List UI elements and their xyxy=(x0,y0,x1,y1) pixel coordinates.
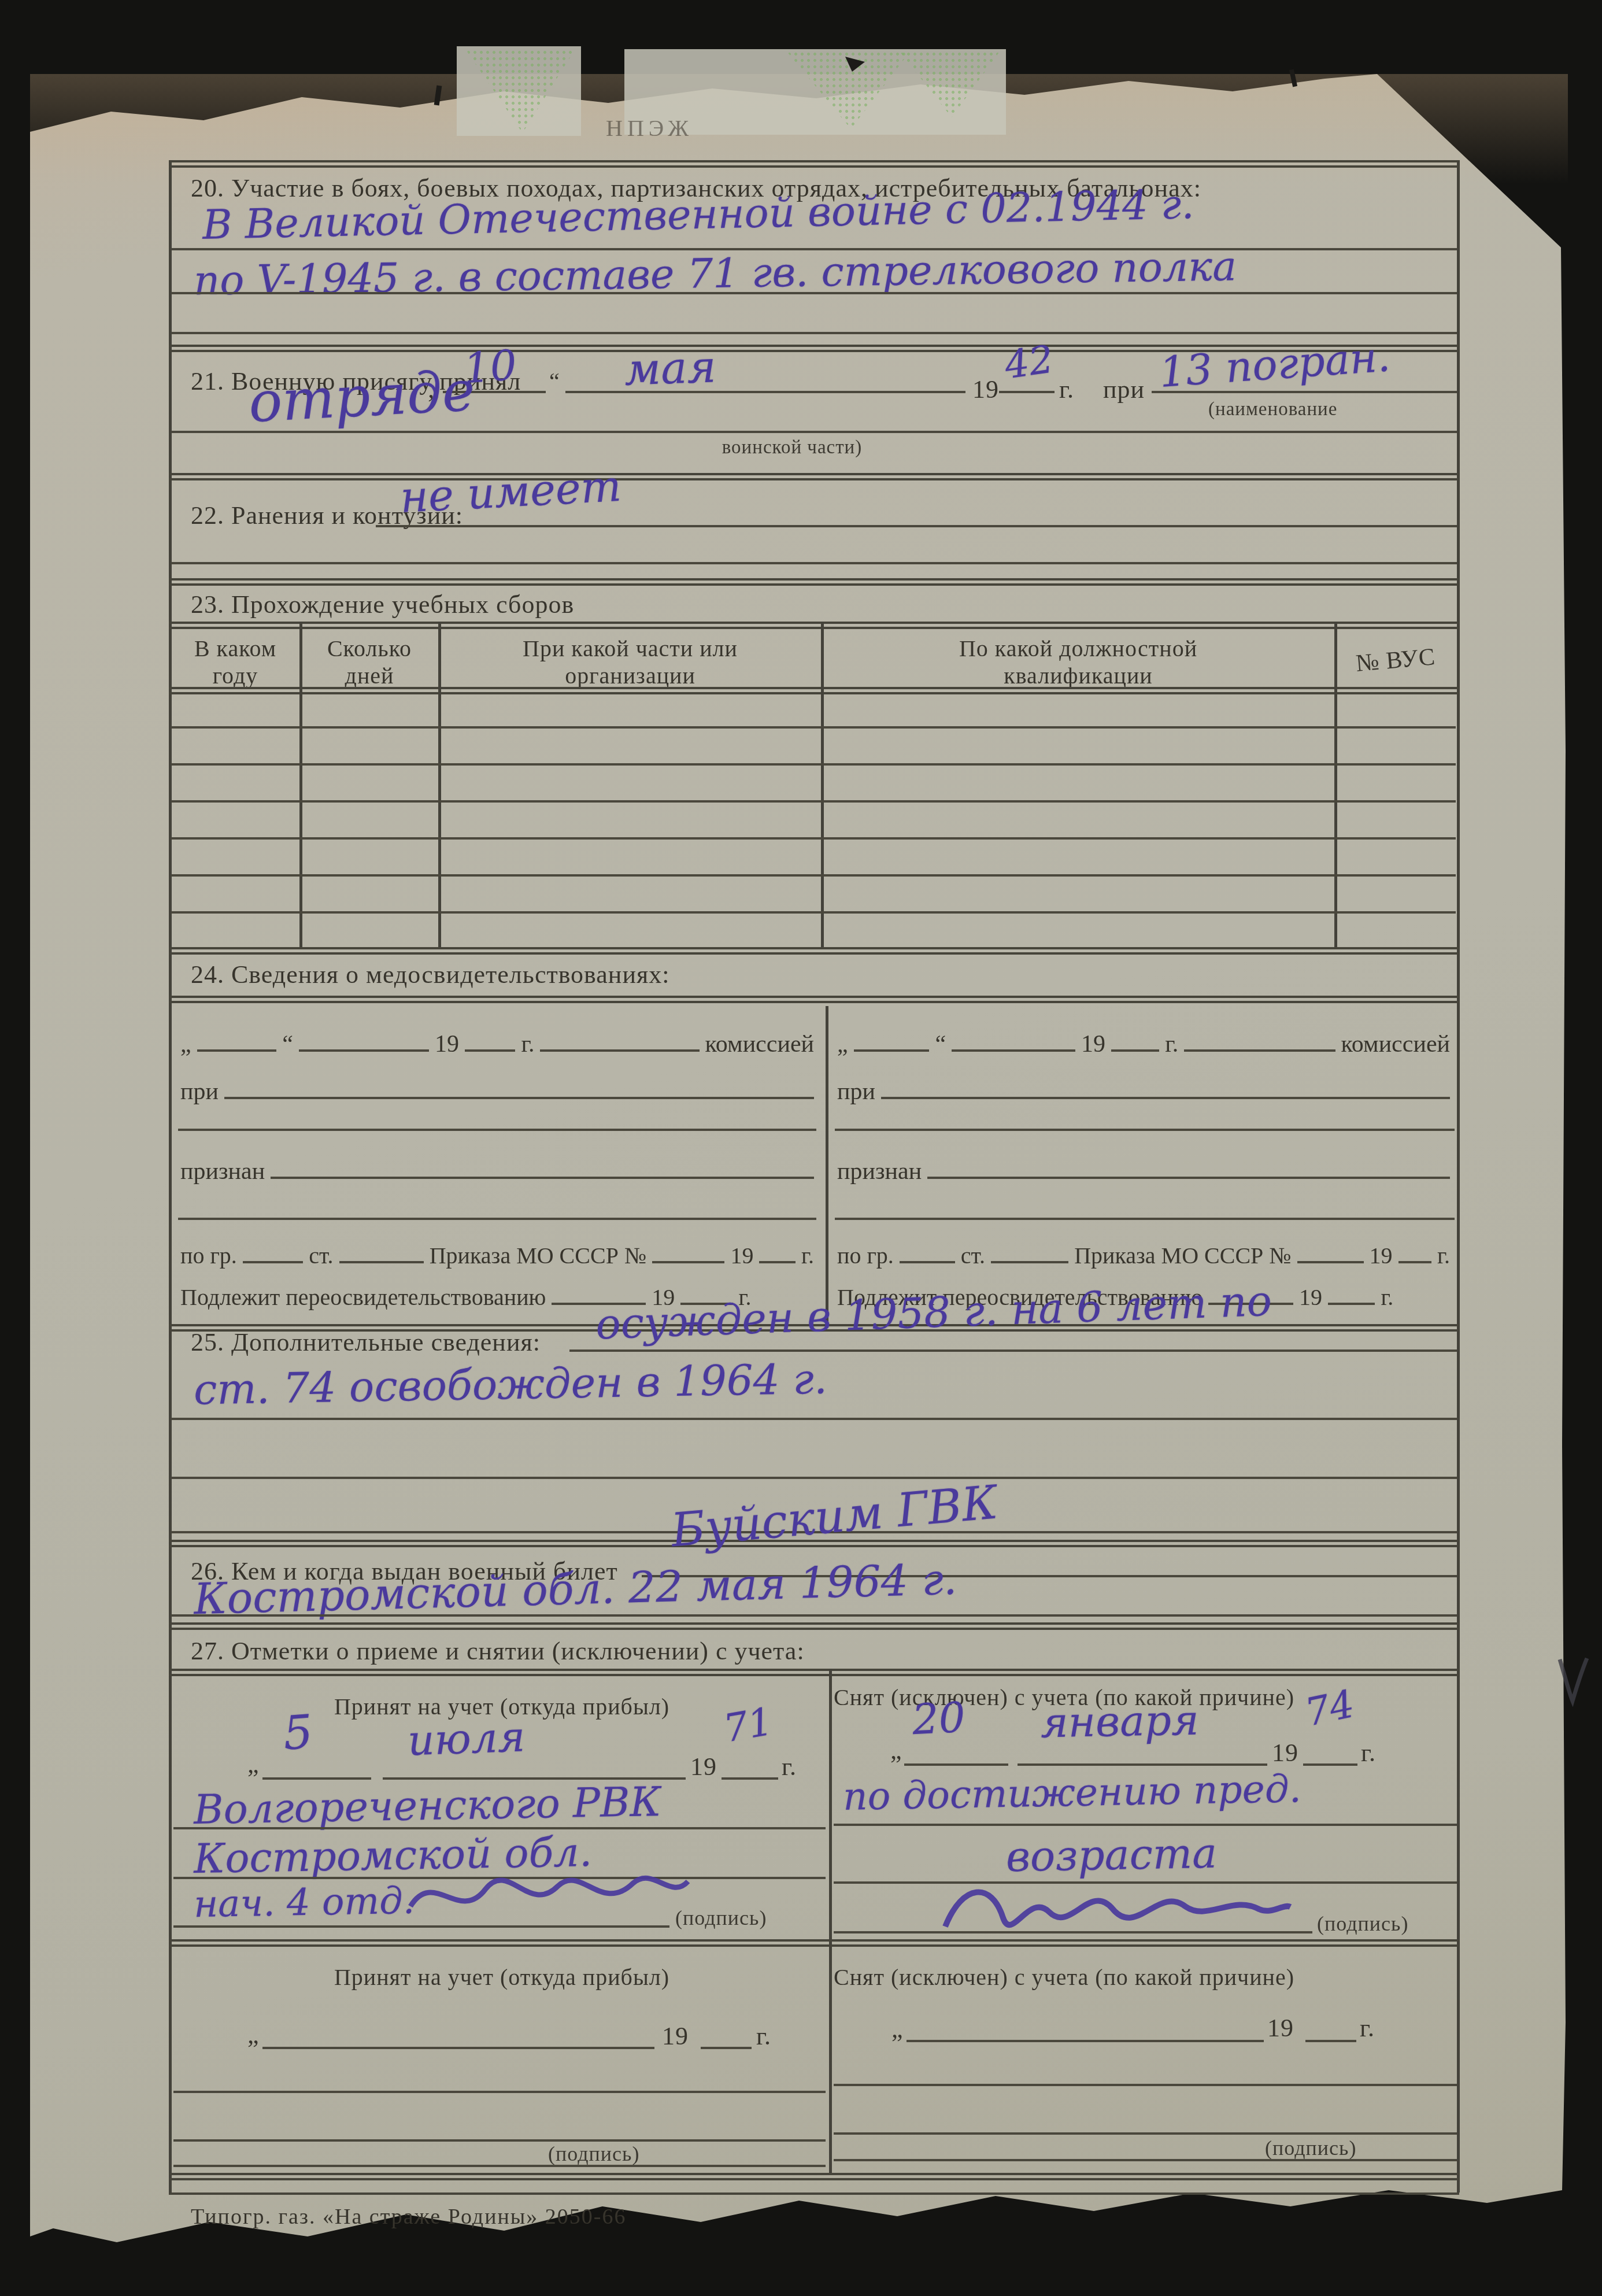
year-print: 19 xyxy=(662,2021,689,2051)
blank-rule xyxy=(197,1048,277,1052)
close-quote: “ xyxy=(549,368,560,395)
year-suffix: г. xyxy=(1165,1030,1178,1058)
rule-line xyxy=(1305,2040,1356,2042)
blank-rule xyxy=(927,1175,1450,1179)
med-priznan-row: признан xyxy=(837,1158,1450,1185)
item21-caption-1: (наименование xyxy=(1208,399,1337,420)
rule-line xyxy=(171,562,1457,564)
year-suffix: г. xyxy=(1059,375,1074,404)
blank-rule xyxy=(881,1096,1450,1099)
section-separator xyxy=(169,473,1459,475)
rule-line xyxy=(834,2159,1457,2161)
item23-label: 23. Прохождение учебных сборов xyxy=(191,590,574,619)
rule-line xyxy=(1018,1763,1267,1766)
table-row-line xyxy=(171,763,1456,766)
med-prikaz: Приказа МО СССР № xyxy=(1074,1242,1291,1269)
blank-rule xyxy=(652,1260,724,1263)
rule-line xyxy=(262,1777,371,1780)
rule-line xyxy=(262,2047,654,2049)
table-top-border xyxy=(169,1669,1459,1671)
year-suffix: г. xyxy=(782,1752,797,1781)
rule-line xyxy=(171,431,1457,433)
remove-hw-month: января xyxy=(1040,1696,1199,1747)
item27-label: 27. Отметки о приеме и снятии (исключени… xyxy=(191,1636,805,1666)
year-print: 19 xyxy=(435,1030,459,1058)
med-date-row: „“19г.комиссией xyxy=(837,1030,1450,1058)
blank-rule xyxy=(1184,1048,1335,1052)
rule-line xyxy=(834,1931,1312,1933)
item21-hw-year: 42 xyxy=(1002,337,1056,388)
item21-hw-unit-2: отряде xyxy=(247,358,476,435)
remove-hw-reason-1: по достижению пред. xyxy=(842,1766,1301,1819)
rule-line xyxy=(907,2040,1264,2042)
year-suffix: г. xyxy=(801,1242,814,1269)
rule-line xyxy=(173,2139,826,2142)
blank-rule xyxy=(339,1260,424,1263)
med-column-divider xyxy=(826,1006,828,1324)
remove-hw-day: 20 xyxy=(911,1693,967,1744)
blank-rule xyxy=(952,1048,1075,1052)
rule-line xyxy=(834,1824,1457,1826)
med-order-row: по гр.ст.Приказа МО СССР №19г. xyxy=(837,1242,1450,1269)
med-st: ст. xyxy=(309,1242,333,1269)
section-separator xyxy=(169,996,1459,998)
rule-line xyxy=(171,1614,1457,1617)
med-pri-row: при xyxy=(837,1078,1450,1106)
table-row-line xyxy=(171,911,1456,914)
blank-rule xyxy=(1328,1302,1375,1305)
outer-bottom-line xyxy=(169,2193,1459,2195)
med-pogr: по гр. xyxy=(837,1242,894,1269)
scanned-military-form-page: НПЭЖ 20. Участие в боях, боевых походах,… xyxy=(0,0,1602,2296)
accept-hw-month: июля xyxy=(407,1712,526,1765)
table-row-line xyxy=(171,874,1456,877)
item21-hw-month: мая xyxy=(623,341,717,395)
blank-rule xyxy=(991,1260,1068,1263)
med-prikaz: Приказа МО СССР № xyxy=(430,1242,646,1269)
rule-line xyxy=(178,1129,816,1131)
bleed-through-text: НПЭЖ xyxy=(606,114,693,142)
year-suffix: г. xyxy=(1360,2013,1375,2043)
blank-rule xyxy=(465,1048,516,1052)
year-print: 19 xyxy=(1267,2013,1294,2043)
open-quote: „ xyxy=(890,1736,902,1765)
table-col-header: В каком году xyxy=(171,635,299,689)
table-column-line xyxy=(438,622,441,948)
accept-hw-year: 71 xyxy=(720,1699,776,1751)
med-podlezhit: Подлежит переосвидетельствованию xyxy=(180,1284,546,1311)
close-quote: “ xyxy=(282,1030,293,1058)
rule-line xyxy=(171,292,1457,294)
year-suffix: г. xyxy=(1381,1284,1393,1311)
item21-caption-2: воинской части) xyxy=(659,437,925,459)
section-separator xyxy=(169,160,1459,162)
med-pri: при xyxy=(837,1078,875,1106)
year-print: 19 xyxy=(1081,1030,1105,1058)
open-quote: „ xyxy=(247,2020,260,2050)
rule-line xyxy=(171,332,1457,334)
rule-line xyxy=(904,1763,1008,1766)
sign-caption: (подпись) xyxy=(1317,1912,1408,1936)
med-order-row: по гр.ст.Приказа МО СССР №19г. xyxy=(180,1242,814,1269)
signature-scribble xyxy=(937,1869,1295,1955)
med-pri-row: при xyxy=(180,1078,814,1106)
blank-rule xyxy=(854,1048,930,1052)
table-top-border xyxy=(169,622,1459,624)
close-quote: “ xyxy=(935,1030,946,1058)
blank-rule xyxy=(271,1175,814,1179)
open-quote: „ xyxy=(837,1030,848,1058)
med-priznan: признан xyxy=(180,1158,265,1185)
table-row-line xyxy=(171,726,1456,729)
blank-rule xyxy=(1111,1048,1159,1052)
sign-caption: (подпись) xyxy=(1265,2136,1356,2160)
rule-line xyxy=(834,2132,1457,2135)
form-right-border xyxy=(1457,160,1460,2193)
item21-pri: при xyxy=(1103,375,1145,404)
rule-line xyxy=(835,1129,1455,1131)
rule-line xyxy=(722,1777,778,1780)
rule-line xyxy=(701,2047,752,2049)
year-print: 19 xyxy=(1370,1242,1393,1269)
blank-rule xyxy=(540,1048,699,1052)
open-quote: „ xyxy=(180,1030,191,1058)
accept-hw-origin: Волгореченского РВК xyxy=(193,1778,661,1833)
year-print: 19 xyxy=(1272,1738,1298,1768)
year-print: 19 xyxy=(1299,1284,1322,1311)
margin-ink-mark xyxy=(1555,1654,1590,1706)
rule-line xyxy=(178,1218,816,1220)
table-column-line xyxy=(1334,622,1337,948)
accept-hw-official: нач. 4 отд. xyxy=(193,1880,415,1927)
registration-column-divider xyxy=(829,1669,832,2173)
table-col-header: При какой части или организации xyxy=(441,635,820,689)
section-separator xyxy=(169,578,1459,581)
item24-label: 24. Сведения о медосвидетельствованиях: xyxy=(191,960,669,989)
med-date-row: „“19г.комиссией xyxy=(180,1030,814,1058)
med-st: ст. xyxy=(961,1242,985,1269)
section-separator xyxy=(169,1622,1459,1625)
print-shop-imprint: Типогр. газ. «На страже Родины» 2050-66 xyxy=(191,2204,627,2230)
sign-caption: (подпись) xyxy=(548,2142,639,2166)
sign-caption: (подпись) xyxy=(675,1906,767,1930)
year-suffix: г. xyxy=(756,2021,771,2051)
blank-rule xyxy=(224,1096,814,1099)
med-pri: при xyxy=(180,1078,219,1106)
form-left-border xyxy=(169,160,172,2193)
row-separator xyxy=(169,1939,1459,1942)
table-row-line xyxy=(171,837,1456,840)
year-print: 19 xyxy=(972,375,999,404)
med-pogr: по гр. xyxy=(180,1242,237,1269)
accept-header: Принят на учет (откуда прибыл) xyxy=(177,1964,827,1991)
rule-line xyxy=(835,1218,1455,1220)
rule-line xyxy=(834,2084,1457,2086)
rule-line xyxy=(173,2165,826,2167)
table-bottom-border xyxy=(169,2173,1459,2175)
accept-hw-day: 5 xyxy=(282,1705,315,1760)
blank-rule xyxy=(900,1260,955,1263)
blank-rule xyxy=(1297,1260,1364,1263)
med-priznan-row: признан xyxy=(180,1158,814,1185)
item25-label: 25. Дополнительные сведения: xyxy=(191,1328,541,1357)
med-priznan: признан xyxy=(837,1158,922,1185)
table-header-separator xyxy=(169,687,1459,689)
year-print: 19 xyxy=(730,1242,753,1269)
blank-rule xyxy=(243,1260,303,1263)
table-col-header: Сколько дней xyxy=(302,635,437,689)
med-commission: комиссией xyxy=(705,1030,814,1058)
table-row-line xyxy=(171,800,1456,803)
blank-rule xyxy=(1398,1260,1432,1263)
rule-line xyxy=(173,1827,826,1829)
rule-line xyxy=(569,1349,1457,1352)
year-suffix: г. xyxy=(1437,1242,1450,1269)
open-quote: „ xyxy=(247,1750,260,1779)
remove-header: Снят (исключен) с учета (по какой причин… xyxy=(834,1964,1456,1991)
table-column-line xyxy=(821,622,824,948)
blank-rule xyxy=(299,1048,429,1052)
table-col-header: По какой должностной квалификации xyxy=(823,635,1333,689)
rule-line xyxy=(171,1418,1457,1420)
rule-line xyxy=(999,391,1055,393)
rule-line xyxy=(376,525,1457,527)
rule-line xyxy=(173,2091,826,2093)
table-column-line xyxy=(299,622,302,948)
rule-line xyxy=(173,1925,669,1928)
year-print: 19 xyxy=(690,1752,717,1781)
table-bottom-border xyxy=(169,947,1459,949)
open-quote: „ xyxy=(891,2014,904,2044)
year-suffix: г. xyxy=(521,1030,534,1058)
blank-rule xyxy=(759,1260,796,1263)
med-commission: комиссией xyxy=(1341,1030,1450,1058)
year-suffix: г. xyxy=(1361,1738,1376,1768)
rule-line xyxy=(171,1477,1457,1479)
rule-line xyxy=(1303,1763,1357,1766)
